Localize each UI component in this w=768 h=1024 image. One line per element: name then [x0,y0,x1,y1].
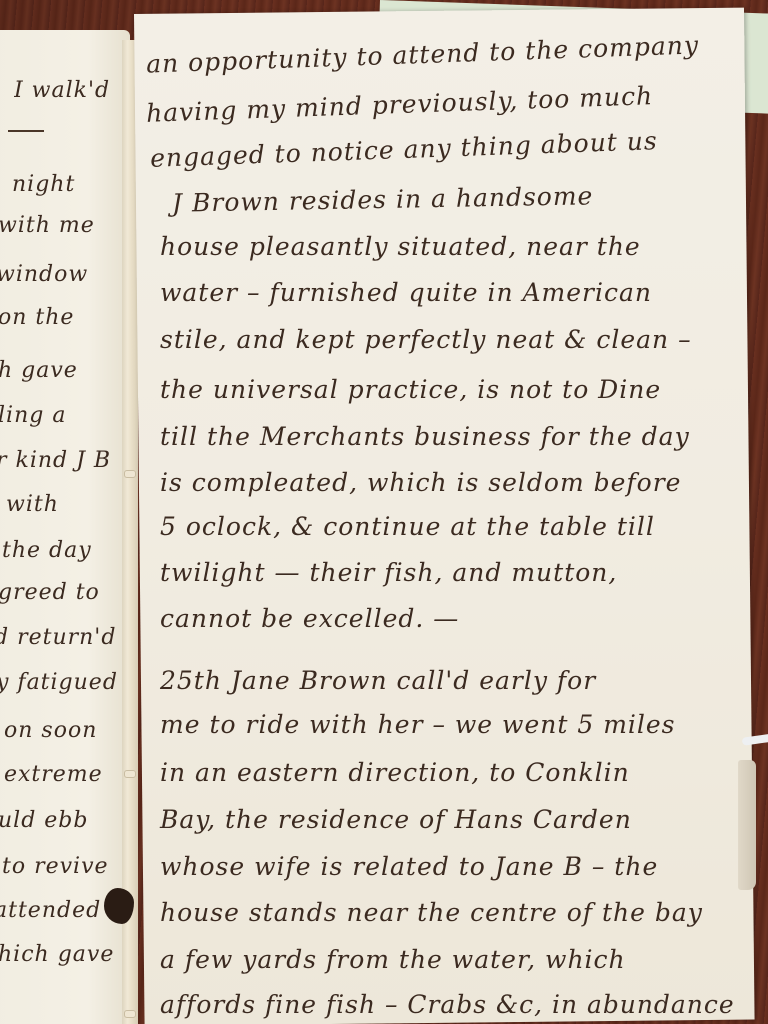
left-line: greed to [0,580,100,605]
right-line: whose wife is related to Jane B – the [160,852,658,881]
left-line: the day [2,538,92,563]
left-line: with [6,492,59,517]
left-line: with me [0,213,95,238]
right-line: the universal practice, is not to Dine [160,375,661,404]
right-line: is compleated, which is seldom before [160,468,681,497]
left-line: on soon [4,718,97,743]
right-line: affords fine fish – Crabs &c, in abundan… [160,990,735,1019]
binding-stitch [124,470,136,478]
right-line: water – furnished quite in American [160,278,652,307]
journal-entry-25th: 25th Jane Brown call'd early for [160,666,596,695]
left-line: d return'd [0,625,116,650]
right-line: a few yards from the water, which [160,945,626,974]
left-dash [8,130,44,132]
left-line: extreme [4,762,103,787]
left-line: window [0,262,88,287]
left-line: ling a [0,403,66,428]
left-line: y fatigued [0,670,118,695]
right-line: Bay, the residence of Hans Carden [160,805,632,834]
right-line: till the Merchants business for the day [160,422,690,451]
left-line: I walk'd [14,78,110,103]
right-line: house pleasantly situated, near the [160,232,641,261]
left-line: on the [0,305,74,330]
left-line: to revive [2,854,109,879]
left-line: attended [0,898,101,923]
torn-paper-tag [738,760,756,890]
binding-stitch [124,1010,136,1018]
left-line: uld ebb [0,808,88,833]
right-line: house stands near the centre of the bay [160,898,703,927]
left-line: h gave [0,358,78,383]
binding-stitch [124,770,136,778]
left-line: night [12,172,75,197]
right-line: cannot be excelled. — [160,604,459,633]
right-line: in an eastern direction, to Conklin [160,758,630,787]
ink-blot [104,888,134,924]
left-line: r kind J B [0,448,111,473]
right-line: stile, and kept perfectly neat & clean – [160,325,692,354]
right-line: me to ride with her – we went 5 miles [160,710,676,739]
left-line: hich gave [0,942,114,967]
right-line: twilight — their fish, and mutton, [160,558,617,587]
right-line: 5 oclock, & continue at the table till [160,512,655,541]
